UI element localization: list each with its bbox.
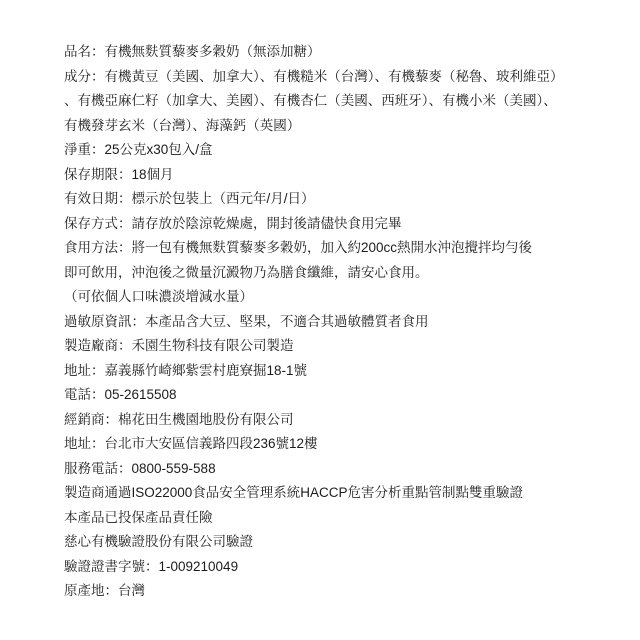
line-shelf-life: 保存期限：18個月 <box>64 163 600 188</box>
line-allergen-info: 過敏原資訊：本產品含大豆、堅果，不適合其過敏體質者食用 <box>64 310 600 335</box>
line-product-name: 品名：有機無麩質藜麥多穀奶（無添加糖） <box>64 40 600 65</box>
line-ingredients-3: 有機發芽玄米（台灣）、海藻鈣（英國） <box>64 114 600 139</box>
line-ingredients-2: 、有機亞麻仁籽（加拿大、美國）、有機杏仁（美國、西班牙）、有機小米（美國）、 <box>64 89 600 114</box>
line-manufacturer-phone: 電話：05-2615508 <box>64 383 600 408</box>
line-usage-instructions-1: 食用方法：將一包有機無麩質藜麥多穀奶，加入約200cc熱開水沖泡攪拌均勻後 <box>64 236 600 261</box>
line-ingredients-1: 成分：有機黃豆（美國、加拿大）、有機糙米（台灣）、有機藜麥（秘魯、玻利維亞） <box>64 65 600 90</box>
line-liability-insurance: 本產品已投保產品責任險 <box>64 506 600 531</box>
line-organic-certifier: 慈心有機驗證股份有限公司驗證 <box>64 530 600 555</box>
line-manufacturer-address: 地址：嘉義縣竹崎鄉紫雲村鹿寮掘18-1號 <box>64 359 600 384</box>
line-storage-method: 保存方式：請存放於陰涼乾燥處，開封後請儘快食用完畢 <box>64 212 600 237</box>
line-expiry-date: 有效日期：標示於包裝上（西元年/月/日） <box>64 187 600 212</box>
line-net-weight: 淨重：25公克x30包入/盒 <box>64 138 600 163</box>
line-usage-note: （可依個人口味濃淡增減水量） <box>64 285 600 310</box>
line-origin: 原產地：台灣 <box>64 579 600 604</box>
line-service-phone: 服務電話：0800-559-588 <box>64 457 600 482</box>
line-manufacturer: 製造廠商：禾園生物科技有限公司製造 <box>64 334 600 359</box>
product-info-label: 品名：有機無麩質藜麥多穀奶（無添加糖） 成分：有機黃豆（美國、加拿大）、有機糙米… <box>0 0 640 604</box>
line-certification-iso-haccp: 製造商通過ISO22000食品安全管理系統HACCP危害分析重點管制點雙重驗證 <box>64 481 600 506</box>
line-distributor: 經銷商：棉花田生機園地股份有限公司 <box>64 408 600 433</box>
line-certificate-number: 驗證證書字號：1-009210049 <box>64 555 600 580</box>
line-usage-instructions-2: 即可飲用，沖泡後之微量沉澱物乃為膳食纖維，請安心食用。 <box>64 261 600 286</box>
line-distributor-address: 地址：台北市大安區信義路四段236號12樓 <box>64 432 600 457</box>
